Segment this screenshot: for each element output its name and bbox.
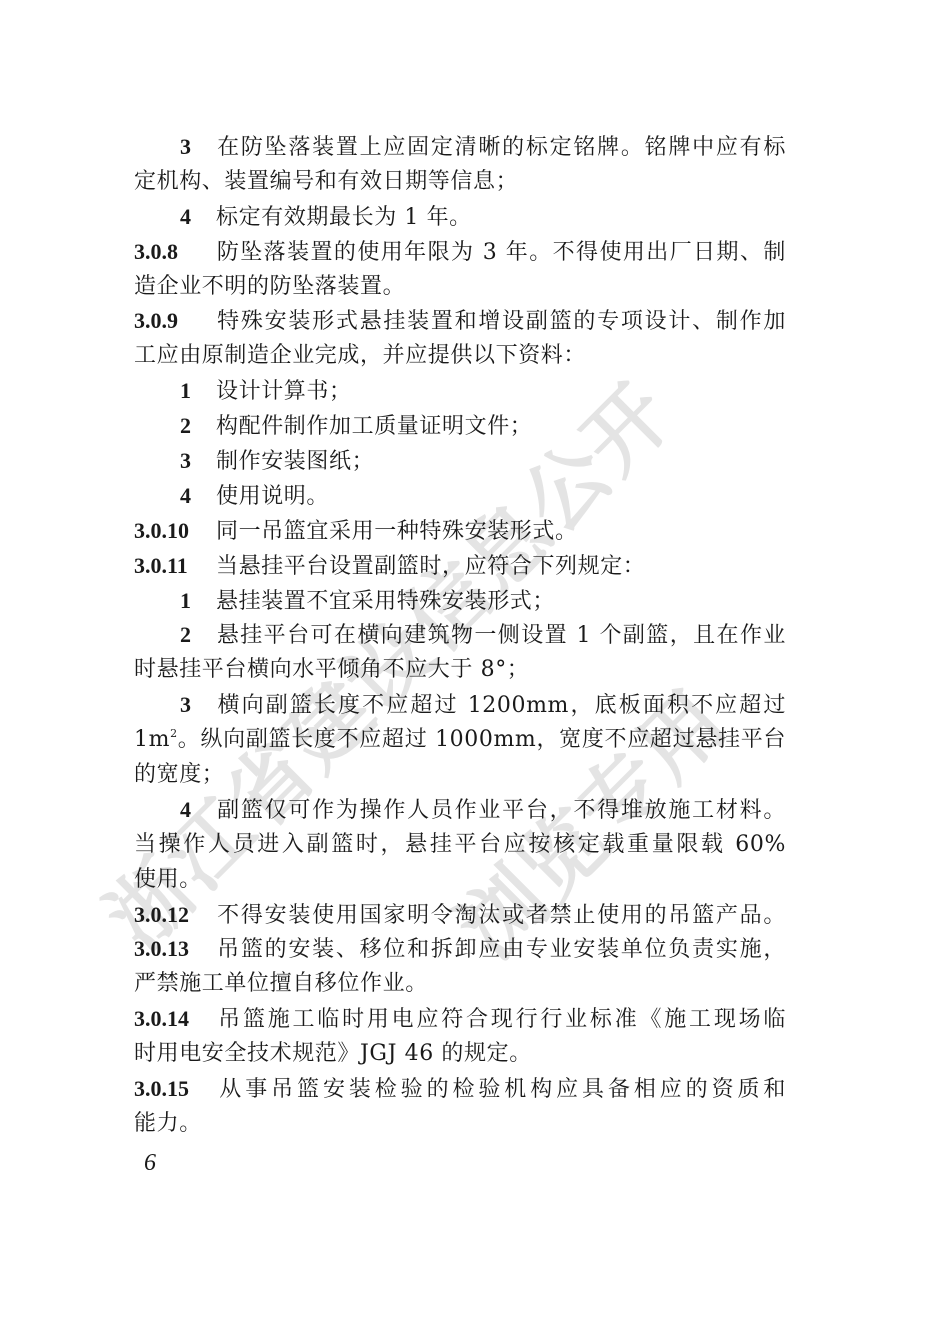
clause-number: 3.0.9 [134,304,216,339]
item-text: 在防坠落装置上应固定清晰的标定铭牌。铭牌中应有标 [216,135,786,160]
item-number: 3 [180,444,216,479]
list-item: 3横向副篮长度不应超过 1200mm，底板面积不应超过 [134,688,786,723]
continuation-line: 的宽度； [134,758,786,793]
list-item: 4标定有效期最长为 1 年。 [134,200,786,235]
item-text: 设计计算书； [216,379,352,404]
superscript: 2 [170,727,178,740]
item-number: 4 [180,793,216,828]
continuation-line: 工应由原制造企业完成，并应提供以下资料： [134,339,786,374]
list-item: 1悬挂装置不宜采用特殊安装形式； [134,584,786,619]
continuation-line: 当操作人员进入副篮时，悬挂平台应按核定载重量限载 60% [134,828,786,863]
continuation-line: 能力。 [134,1107,786,1142]
clause-text: 特殊安装形式悬挂装置和增设副篮的专项设计、制作加 [216,309,786,334]
clause-text: 吊篮施工临时用电应符合现行行业标准《施工现场临 [216,1007,786,1032]
item-number: 3 [180,688,216,723]
continuation-line: 时用电安全技术规范》JGJ 46 的规定。 [134,1037,786,1072]
list-item: 3在防坠落装置上应固定清晰的标定铭牌。铭牌中应有标 [134,130,786,165]
clause-3-0-10: 3.0.10同一吊篮宜采用一种特殊安装形式。 [134,514,786,549]
document-body: 3在防坠落装置上应固定清晰的标定铭牌。铭牌中应有标 定机构、装置编号和有效日期等… [134,130,786,1142]
continuation-line: 造企业不明的防坠落装置。 [134,270,786,305]
clause-3-0-11: 3.0.11当悬挂平台设置副篮时，应符合下列规定： [134,549,786,584]
continuation-line: 时悬挂平台横向水平倾角不应大于 8°； [134,653,786,688]
clause-text: 吊篮的安装、移位和拆卸应由专业安装单位负责实施， [216,937,786,962]
clause-number: 3.0.8 [134,235,216,270]
clause-3-0-9: 3.0.9特殊安装形式悬挂装置和增设副篮的专项设计、制作加 [134,304,786,339]
list-item: 4副篮仅可作为操作人员作业平台，不得堆放施工材料。 [134,793,786,828]
clause-number: 3.0.10 [134,514,216,549]
list-item: 1设计计算书； [134,374,786,409]
clause-number: 3.0.13 [134,932,216,967]
item-text: 制作安装图纸； [216,449,374,474]
item-text: 副篮仅可作为操作人员作业平台，不得堆放施工材料。 [216,798,786,823]
list-item: 3制作安装图纸； [134,444,786,479]
clause-number: 3.0.12 [134,898,216,933]
item-text: 构配件制作加工质量证明文件； [216,414,532,439]
clause-text: 防坠落装置的使用年限为 3 年。不得使用出厂日期、制 [216,240,786,265]
clause-3-0-14: 3.0.14吊篮施工临时用电应符合现行行业标准《施工现场临 [134,1002,786,1037]
clause-3-0-8: 3.0.8防坠落装置的使用年限为 3 年。不得使用出厂日期、制 [134,235,786,270]
clause-number: 3.0.11 [134,549,216,584]
clause-text: 不得安装使用国家明令淘汰或者禁止使用的吊篮产品。 [216,903,786,928]
list-item: 2构配件制作加工质量证明文件； [134,409,786,444]
continuation-line: 1m2。纵向副篮长度不应超过 1000mm，宽度不应超过悬挂平台 [134,723,786,758]
clause-text: 同一吊篮宜采用一种特殊安装形式。 [216,519,578,544]
clause-text: 当悬挂平台设置副篮时，应符合下列规定： [216,554,645,579]
item-number: 4 [180,200,216,235]
area-value: 1m [134,727,170,752]
page-number: 6 [144,1150,156,1177]
list-item: 2悬挂平台可在横向建筑物一侧设置 1 个副篮，且在作业 [134,618,786,653]
item-number: 2 [180,409,216,444]
item-number: 1 [180,374,216,409]
item-number: 1 [180,584,216,619]
item-text: 悬挂装置不宜采用特殊安装形式； [216,589,555,614]
clause-text: 从事吊篮安装检验的检验机构应具备相应的资质和 [216,1077,786,1102]
clause-3-0-15: 3.0.15从事吊篮安装检验的检验机构应具备相应的资质和 [134,1072,786,1107]
clause-3-0-12: 3.0.12不得安装使用国家明令淘汰或者禁止使用的吊篮产品。 [134,898,786,933]
item-text: 标定有效期最长为 1 年。 [216,205,472,230]
list-item: 4使用说明。 [134,479,786,514]
clause-3-0-13: 3.0.13吊篮的安装、移位和拆卸应由专业安装单位负责实施， [134,932,786,967]
item-text: 悬挂平台可在横向建筑物一侧设置 1 个副篮，且在作业 [216,623,786,648]
clause-number: 3.0.14 [134,1002,216,1037]
item-number: 3 [180,130,216,165]
item-text: 横向副篮长度不应超过 1200mm，底板面积不应超过 [216,693,786,718]
continuation-line: 定机构、装置编号和有效日期等信息； [134,165,786,200]
item-number: 2 [180,618,216,653]
continuation-line: 严禁施工单位擅自移位作业。 [134,967,786,1002]
continuation-line: 使用。 [134,863,786,898]
item-number: 4 [180,479,216,514]
line-text: 。纵向副篮长度不应超过 1000mm，宽度不应超过悬挂平台 [178,727,786,752]
clause-number: 3.0.15 [134,1072,216,1107]
item-text: 使用说明。 [216,484,329,509]
